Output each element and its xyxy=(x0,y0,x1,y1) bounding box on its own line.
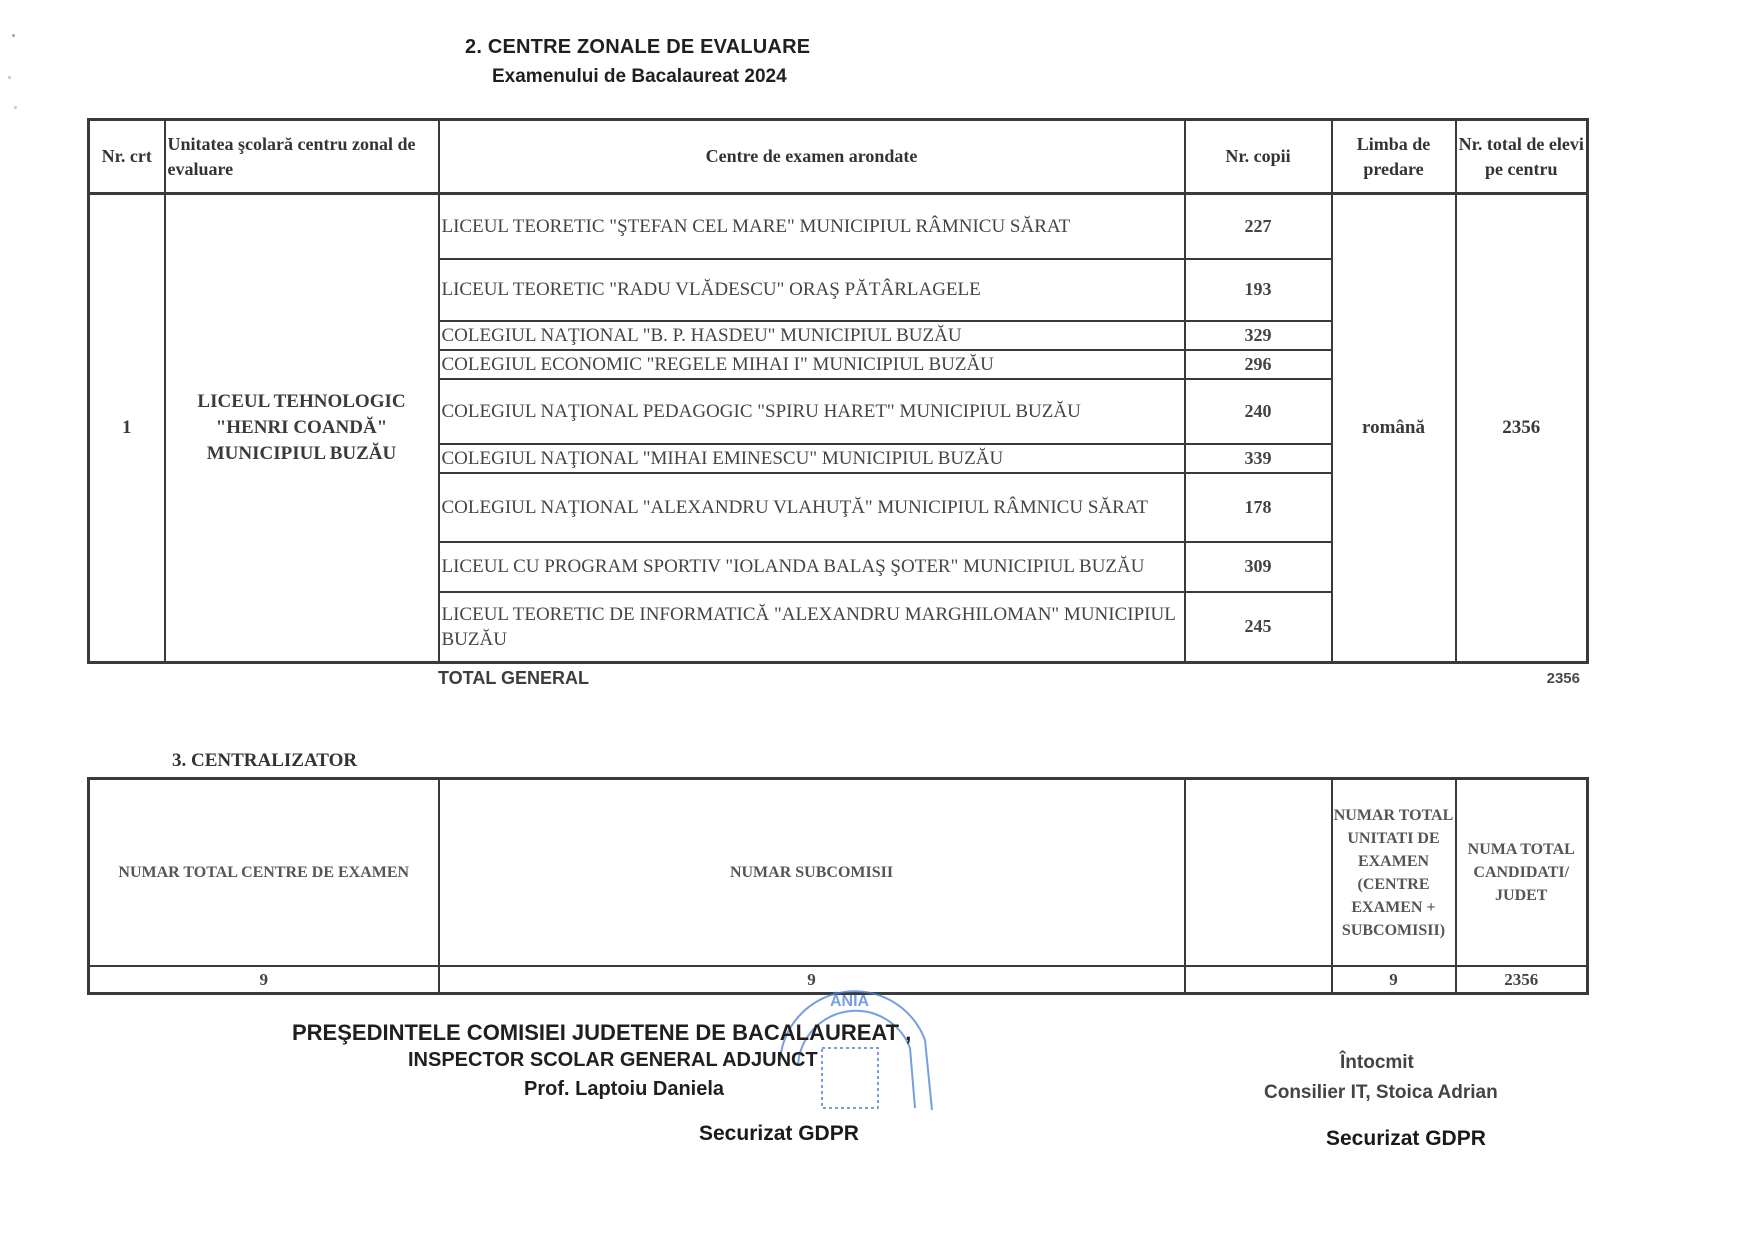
cell-nr-copii: 339 xyxy=(1185,444,1332,473)
cell-centre-name: LICEUL TEORETIC "RADU VLĂDESCU" ORAŞ PĂT… xyxy=(439,259,1185,321)
cell-nr-copii: 240 xyxy=(1185,379,1332,444)
header-centre: Centre de examen arondate xyxy=(439,120,1185,194)
table-row: 1 LICEUL TEHNOLOGIC "HENRI COANDĂ" MUNIC… xyxy=(89,194,1588,259)
signatory-name-left: Prof. Laptoiu Daniela xyxy=(524,1078,724,1101)
header-unitate: Unitatea şcolară centru zonal de evaluar… xyxy=(165,120,439,194)
cell-centre-name: COLEGIUL NAŢIONAL "MIHAI EMINESCU" MUNIC… xyxy=(439,444,1185,473)
total-general-label: TOTAL GENERAL xyxy=(438,668,589,689)
signatory-title-president: PREŞEDINTELE COMISIEI JUDETENE DE BACALA… xyxy=(292,1020,911,1046)
signatory-name-right: Consilier IT, Stoica Adrian xyxy=(1264,1082,1498,1104)
header-unitati: NUMAR TOTAL UNITATI DE EXAMEN (CENTRE EX… xyxy=(1332,779,1456,967)
header-limba: Limba de predare xyxy=(1332,120,1456,194)
cell-nr-copii: 245 xyxy=(1185,592,1332,663)
header-subcomisii: NUMAR SUBCOMISII xyxy=(439,779,1185,967)
header-candidati: NUMA TOTAL CANDIDATI/ JUDET xyxy=(1456,779,1588,967)
cell-unitate: LICEUL TEHNOLOGIC "HENRI COANDĂ" MUNICIP… xyxy=(165,194,439,663)
gdpr-notice-left: Securizat GDPR xyxy=(699,1122,859,1146)
cell-centre-name: LICEUL TEORETIC DE INFORMATICĂ "ALEXANDR… xyxy=(439,592,1185,663)
cell-nr-copii: 329 xyxy=(1185,321,1332,350)
table-header-row: Nr. crt Unitatea şcolară centru zonal de… xyxy=(89,120,1588,194)
section-3-title: 3. CENTRALIZATOR xyxy=(172,750,357,772)
header-nr-copii: Nr. copii xyxy=(1185,120,1332,194)
cell-nr-copii: 309 xyxy=(1185,542,1332,592)
header-total-elevi: Nr. total de elevi pe centru xyxy=(1456,120,1588,194)
cell-nr-copii: 193 xyxy=(1185,259,1332,321)
cell-unitati: 9 xyxy=(1332,966,1456,994)
cell-centre-name: LICEUL TEORETIC "ŞTEFAN CEL MARE" MUNICI… xyxy=(439,194,1185,259)
cell-centre-name: COLEGIUL ECONOMIC "REGELE MIHAI I" MUNIC… xyxy=(439,350,1185,379)
section-2-subtitle: Examenului de Bacalaureat 2024 xyxy=(492,66,787,88)
cell-total-elevi: 2356 xyxy=(1456,194,1588,663)
cell-total-centre: 9 xyxy=(89,966,439,994)
centralizator-table: NUMAR TOTAL CENTRE DE EXAMEN NUMAR SUBCO… xyxy=(87,777,1589,995)
prepared-by-label: Întocmit xyxy=(1340,1052,1414,1074)
header-total-centre: NUMAR TOTAL CENTRE DE EXAMEN xyxy=(89,779,439,967)
cell-nr-copii: 296 xyxy=(1185,350,1332,379)
header-blank xyxy=(1185,779,1332,967)
section-2-title: 2. CENTRE ZONALE DE EVALUARE xyxy=(465,36,810,59)
cell-centre-name: COLEGIUL NAŢIONAL PEDAGOGIC "SPIRU HARET… xyxy=(439,379,1185,444)
cell-nr-copii: 178 xyxy=(1185,473,1332,542)
cell-nr-copii: 227 xyxy=(1185,194,1332,259)
signatory-title-inspector: INSPECTOR SCOLAR GENERAL ADJUNCT xyxy=(408,1049,818,1072)
header-nr-crt: Nr. crt xyxy=(89,120,165,194)
cell-candidati: 2356 xyxy=(1456,966,1588,994)
centres-table: Nr. crt Unitatea şcolară centru zonal de… xyxy=(87,118,1589,664)
cell-centre-name: COLEGIUL NAŢIONAL "ALEXANDRU VLAHUŢĂ" MU… xyxy=(439,473,1185,542)
cell-centre-name: LICEUL CU PROGRAM SPORTIV "IOLANDA BALAŞ… xyxy=(439,542,1185,592)
gdpr-notice-right: Securizat GDPR xyxy=(1326,1127,1486,1151)
total-general-value: 2356 xyxy=(1500,670,1580,687)
cell-nr-crt: 1 xyxy=(89,194,165,663)
cell-limba: română xyxy=(1332,194,1456,663)
svg-text:ÂNIA: ÂNIA xyxy=(830,991,870,1010)
cell-centre-name: COLEGIUL NAŢIONAL "B. P. HASDEU" MUNICIP… xyxy=(439,321,1185,350)
cell-blank xyxy=(1185,966,1332,994)
table-header-row: NUMAR TOTAL CENTRE DE EXAMEN NUMAR SUBCO… xyxy=(89,779,1588,967)
